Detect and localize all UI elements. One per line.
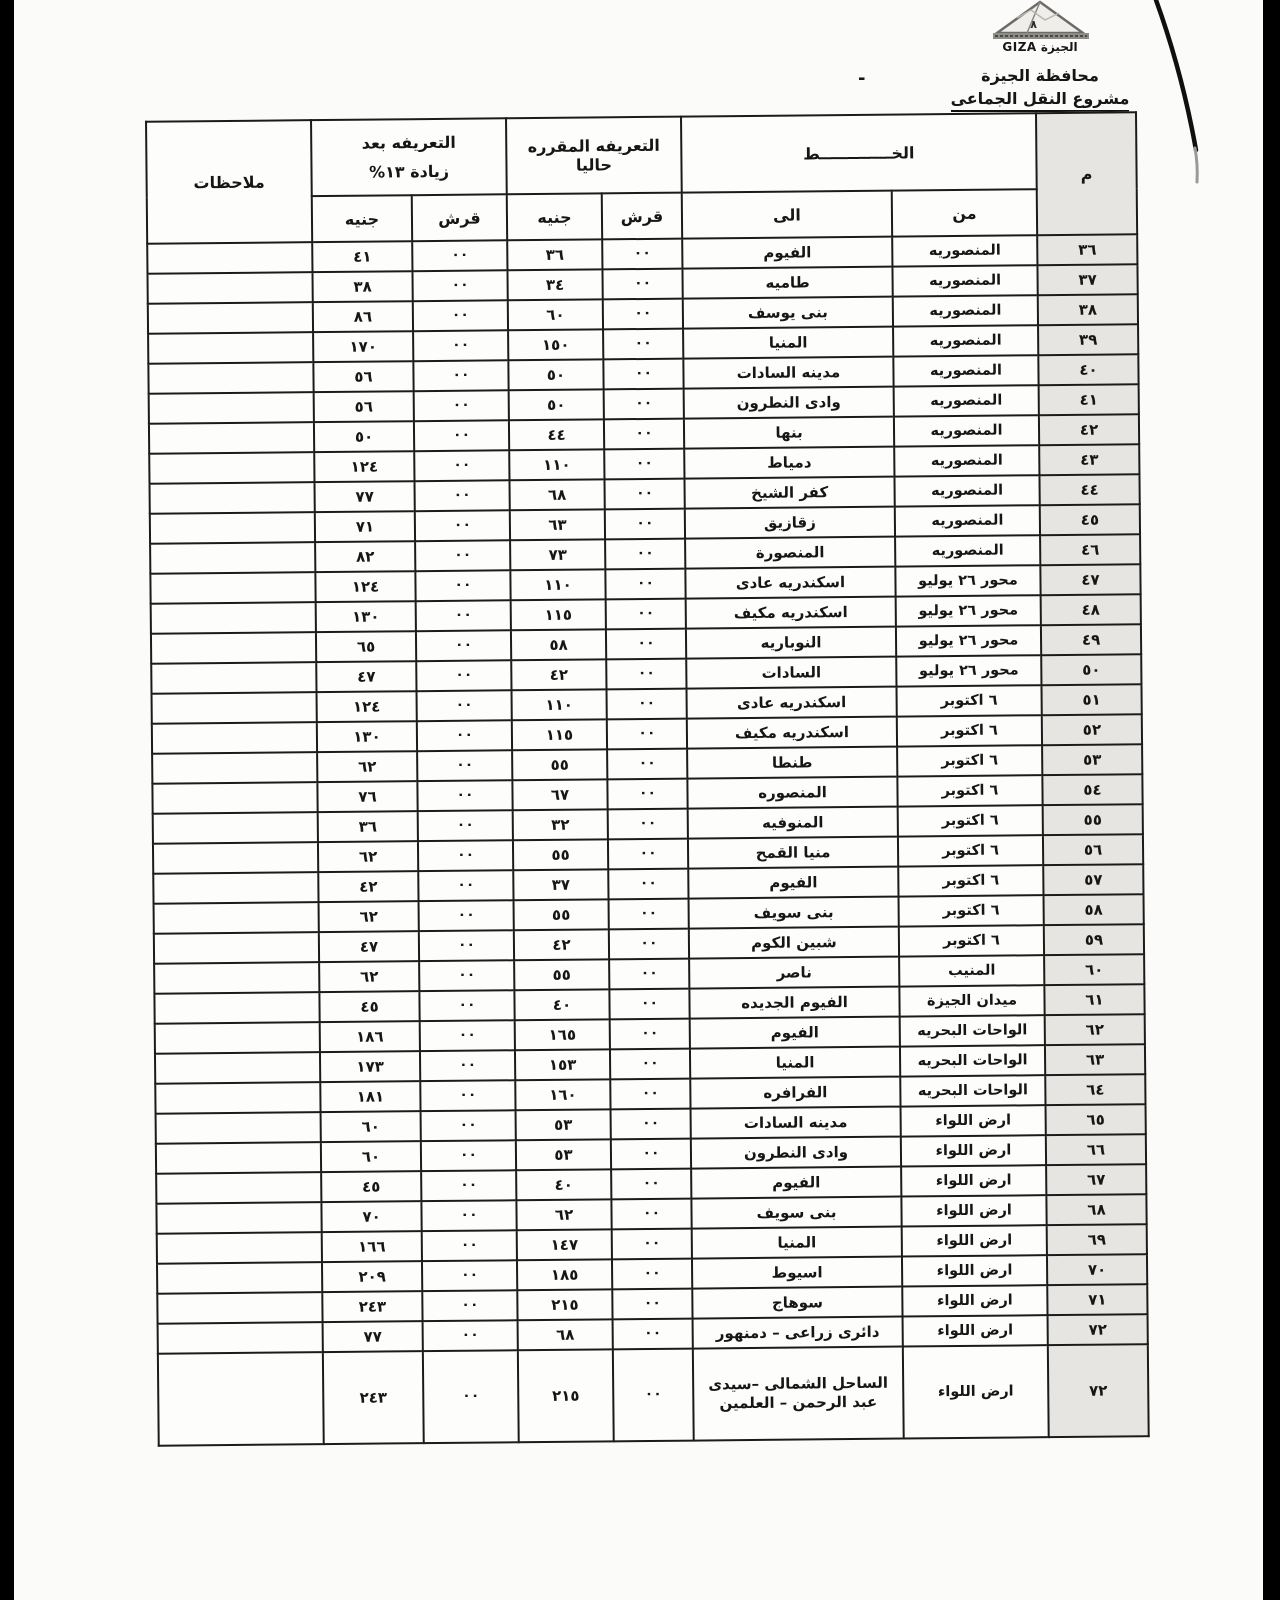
- cell-to: المنيا: [683, 327, 893, 359]
- cell-num: ٤٢: [1039, 414, 1139, 445]
- cell-new-pt: ٠٠: [414, 420, 509, 451]
- cell-new-pt: ٠٠: [421, 1200, 516, 1231]
- cell-cur-pt: ٠٠: [612, 1289, 692, 1320]
- cell-new-lb: ١٢٤: [314, 451, 414, 482]
- cell-cur-pt: ٠٠: [602, 239, 682, 270]
- cell-num: ٥٧: [1043, 864, 1143, 895]
- cell-from: ارض اللواء: [901, 1135, 1046, 1166]
- cell-new-pt: ٠٠: [413, 300, 508, 331]
- cell-num: ٤٤: [1039, 474, 1139, 505]
- cell-notes: [150, 542, 315, 574]
- cell-notes: [157, 1262, 322, 1294]
- cell-num: ٧٢: [1048, 1314, 1148, 1345]
- cell-new-pt: ٠٠: [418, 870, 513, 901]
- cell-to: كفر الشيخ: [684, 477, 894, 509]
- cell-cur-pt: ٠٠: [604, 419, 684, 450]
- cell-from: ٦ اكتوبر: [897, 775, 1042, 806]
- cell-notes: [149, 422, 314, 454]
- scan-edge-right: [1263, 0, 1280, 1600]
- cell-num: ٦٩: [1047, 1224, 1147, 1255]
- page-dash-mark: -: [858, 68, 865, 89]
- scan-edge-left: [0, 0, 14, 1600]
- cell-from: المنصوريه: [892, 235, 1037, 266]
- cell-notes: [152, 692, 317, 724]
- cell-to: اسيوط: [692, 1257, 902, 1289]
- cell-to: زقازيق: [685, 507, 895, 539]
- cell-new-lb: ٤٧: [319, 931, 419, 962]
- cell-cur-pt: ٠٠: [612, 1229, 692, 1260]
- cell-from: المنصوريه: [893, 355, 1038, 386]
- header-increased-line2: زيادة ١٣%: [312, 161, 505, 182]
- page-corner-crease: [1142, 0, 1222, 190]
- cell-new-lb: ١٦٦: [322, 1231, 422, 1262]
- cell-cur-lb: ٦٨: [509, 479, 604, 510]
- cell-from: المنصوريه: [893, 295, 1038, 326]
- cell-from: ٦ اكتوبر: [899, 895, 1044, 926]
- table-row: ٧٢ارض اللواءالساحل الشمالى –سيدى عبد الر…: [158, 1344, 1149, 1445]
- cell-to: بنى سويف: [689, 897, 899, 929]
- cell-cur-lb: ٣٤: [507, 269, 602, 300]
- cell-num: ٦٨: [1046, 1194, 1146, 1225]
- cell-to: النوباريه: [686, 627, 896, 659]
- cell-cur-pt: ٠٠: [602, 269, 682, 300]
- project-title: مشروع النقل الجماعى: [951, 89, 1130, 112]
- cell-new-pt: ٠٠: [414, 450, 509, 481]
- cell-to: اسكندريه مكيف: [687, 717, 897, 749]
- cell-from: ٦ اكتوبر: [898, 865, 1043, 896]
- cell-new-pt: ٠٠: [422, 1290, 517, 1321]
- header-increased-tariff-group: التعريفه بعد زيادة ١٣%: [311, 118, 507, 196]
- cell-notes: [151, 602, 316, 634]
- cell-cur-lb: ٤٢: [514, 929, 609, 960]
- cell-notes: [147, 272, 312, 304]
- cell-to: الفيوم: [682, 237, 892, 269]
- cell-num: ٧٢: [1048, 1344, 1149, 1437]
- cell-new-lb: ١٨٦: [320, 1021, 420, 1052]
- cell-cur-lb: ٥٥: [513, 839, 608, 870]
- cell-notes: [156, 1202, 321, 1234]
- cell-cur-pt: ٠٠: [611, 1199, 691, 1230]
- cell-cur-pt: ٠٠: [605, 509, 685, 540]
- cell-num: ٤٠: [1038, 354, 1138, 385]
- cell-notes: [155, 1022, 320, 1054]
- cell-cur-lb: ٥٠: [508, 359, 603, 390]
- cell-notes: [156, 1112, 321, 1144]
- cell-num: ٦٧: [1046, 1164, 1146, 1195]
- cell-cur-pt: ٠٠: [609, 959, 689, 990]
- cell-from: ارض اللواء: [901, 1195, 1046, 1226]
- cell-to: اسكندريه عادى: [685, 567, 895, 599]
- cell-cur-lb: ٦٢: [516, 1199, 611, 1230]
- cell-new-lb: ٦٢: [318, 841, 418, 872]
- cell-num: ٥١: [1041, 684, 1141, 715]
- cell-num: ٣٦: [1037, 234, 1137, 265]
- cell-new-lb: ٤٧: [316, 661, 416, 692]
- logo-caption: الجيزة GIZA: [950, 40, 1130, 54]
- cell-notes: [154, 902, 319, 934]
- cell-cur-pt: ٠٠: [608, 869, 688, 900]
- subheader-piasters-current: قرش: [602, 193, 682, 240]
- cell-cur-lb: ١٦٠: [515, 1079, 610, 1110]
- cell-to: المنوفيه: [688, 807, 898, 839]
- cell-from: الواحات البحريه: [900, 1075, 1045, 1106]
- cell-new-lb: ٨٦: [313, 301, 413, 332]
- cell-num: ٤٨: [1041, 594, 1141, 625]
- cell-cur-pt: ٠٠: [605, 539, 685, 570]
- cell-new-lb: ١٧٣: [320, 1051, 420, 1082]
- cell-cur-lb: ٥٠: [509, 389, 604, 420]
- cell-new-pt: ٠٠: [421, 1110, 516, 1141]
- cell-notes: [154, 962, 319, 994]
- cell-notes: [156, 1172, 321, 1204]
- cell-notes: [152, 722, 317, 754]
- cell-to: طنطا: [687, 747, 897, 779]
- cell-new-pt: ٠٠: [414, 390, 509, 421]
- cell-from: المنصوريه: [894, 415, 1039, 446]
- cell-notes: [158, 1322, 323, 1354]
- cell-num: ٦٦: [1046, 1134, 1146, 1165]
- cell-new-pt: ٠٠: [420, 1020, 515, 1051]
- cell-cur-lb: ١٨٥: [517, 1259, 612, 1290]
- cell-cur-pt: ٠٠: [609, 989, 689, 1020]
- cell-from: ٦ اكتوبر: [896, 685, 1041, 716]
- cell-num: ٦٢: [1045, 1014, 1145, 1045]
- cell-from: ارض اللواء: [903, 1345, 1049, 1438]
- cell-new-pt: ٠٠: [417, 750, 512, 781]
- cell-new-lb: ١٧٠: [313, 331, 413, 362]
- cell-from: المنصوريه: [895, 535, 1040, 566]
- cell-new-pt: ٠٠: [415, 510, 510, 541]
- cell-new-lb: ٦٠: [321, 1111, 421, 1142]
- cell-num: ٤٦: [1040, 534, 1140, 565]
- cell-cur-pt: ٠٠: [611, 1139, 691, 1170]
- cell-to: ناصر: [689, 957, 899, 989]
- cell-new-pt: ٠٠: [413, 360, 508, 391]
- letterhead: ٨ الجيزة GIZA محافظة الجيزة مشروع النقل …: [950, 0, 1130, 112]
- cell-cur-lb: ٣٦: [507, 239, 602, 270]
- cell-cur-pt: ٠٠: [607, 749, 687, 780]
- cell-cur-pt: ٠٠: [613, 1319, 693, 1350]
- cell-new-pt: ٠٠: [419, 960, 514, 991]
- cell-cur-lb: ١٥٠: [508, 329, 603, 360]
- cell-cur-pt: ٠٠: [604, 479, 684, 510]
- cell-to: الفيوم: [690, 1017, 900, 1049]
- cell-new-pt: ٠٠: [420, 1080, 515, 1111]
- cell-cur-lb: ٣٧: [513, 869, 608, 900]
- cell-to: المنصوره: [687, 777, 897, 809]
- cell-cur-lb: ٤٤: [509, 419, 604, 450]
- cell-num: ٣٧: [1037, 264, 1137, 295]
- cell-to: السادات: [686, 657, 896, 689]
- cell-num: ٥٢: [1042, 714, 1142, 745]
- cell-new-lb: ٦٠: [321, 1141, 421, 1172]
- cell-to: بنى يوسف: [683, 297, 893, 329]
- cell-cur-pt: ٠٠: [606, 629, 686, 660]
- cell-cur-lb: ٥٣: [516, 1139, 611, 1170]
- cell-new-lb: ٥٦: [314, 391, 414, 422]
- cell-new-lb: ٦٢: [317, 751, 417, 782]
- cell-from: المنصوريه: [892, 265, 1037, 296]
- cell-cur-lb: ٥٥: [514, 959, 609, 990]
- cell-notes: [154, 992, 319, 1024]
- header-line-group: الخـــــــــــــط: [681, 113, 1037, 192]
- cell-notes: [155, 1082, 320, 1114]
- cell-num: ٥٦: [1043, 834, 1143, 865]
- cell-new-lb: ٥٠: [314, 421, 414, 452]
- cell-cur-pt: ٠٠: [608, 839, 688, 870]
- cell-from: ارض اللواء: [903, 1315, 1048, 1346]
- cell-to: سوهاج: [692, 1287, 902, 1319]
- cell-notes: [153, 872, 318, 904]
- cell-new-pt: ٠٠: [415, 540, 510, 571]
- cell-cur-lb: ١١٠: [510, 569, 605, 600]
- cell-cur-pt: ٠٠: [610, 1079, 690, 1110]
- cell-new-lb: ٢٤٣: [322, 1291, 422, 1322]
- cell-new-lb: ٤١: [312, 241, 412, 272]
- cell-from: المنصوريه: [894, 385, 1039, 416]
- cell-cur-pt: ٠٠: [609, 929, 689, 960]
- header-increased-line1: التعريفه بعد: [362, 133, 456, 153]
- cell-cur-pt: ٠٠: [613, 1349, 694, 1442]
- cell-cur-lb: ٥٨: [511, 629, 606, 660]
- cell-new-lb: ١٨١: [320, 1081, 420, 1112]
- tariff-table: م الخـــــــــــــط التعريفه المقرره حال…: [145, 111, 1150, 1446]
- cell-new-pt: ٠٠: [420, 1050, 515, 1081]
- cell-new-pt: ٠٠: [419, 990, 514, 1021]
- cell-num: ٥٤: [1042, 774, 1142, 805]
- cell-new-pt: ٠٠: [419, 900, 514, 931]
- cell-cur-pt: ٠٠: [607, 719, 687, 750]
- cell-to: المنيا: [690, 1047, 900, 1079]
- cell-from: محور ٢٦ يوليو: [896, 655, 1041, 686]
- cell-num: ٤٥: [1040, 504, 1140, 535]
- cell-to: المنصورة: [685, 537, 895, 569]
- cell-new-lb: ٧٧: [323, 1321, 423, 1352]
- cell-new-lb: ١٢٤: [315, 571, 415, 602]
- cell-cur-lb: ٦٠: [508, 299, 603, 330]
- cell-to: مدينه السادات: [691, 1107, 901, 1139]
- cell-to: الفيوم الجديده: [689, 987, 899, 1019]
- cell-cur-lb: ٥٣: [516, 1109, 611, 1140]
- cell-cur-lb: ٦٨: [518, 1319, 613, 1350]
- cell-new-lb: ٤٥: [321, 1171, 421, 1202]
- cell-new-lb: ١٢٤: [317, 691, 417, 722]
- cell-from: ٦ اكتوبر: [899, 925, 1044, 956]
- cell-to: شبين الكوم: [689, 927, 899, 959]
- subheader-pounds-new: جنيه: [312, 195, 412, 242]
- cell-from: محور ٢٦ يوليو: [896, 595, 1041, 626]
- governorate-title: محافظة الجيزة: [950, 66, 1130, 85]
- cell-cur-lb: ٤٠: [514, 989, 609, 1020]
- cell-notes: [149, 392, 314, 424]
- cell-new-pt: ٠٠: [422, 1260, 517, 1291]
- cell-notes: [150, 482, 315, 514]
- cell-from: ارض اللواء: [902, 1285, 1047, 1316]
- cell-num: ٣٨: [1038, 294, 1138, 325]
- cell-notes: [148, 302, 313, 334]
- cell-new-lb: ٦٢: [319, 901, 419, 932]
- cell-cur-pt: ٠٠: [603, 299, 683, 330]
- subheader-from: من: [892, 189, 1037, 236]
- cell-cur-pt: ٠٠: [603, 329, 683, 360]
- cell-cur-pt: ٠٠: [607, 689, 687, 720]
- cell-cur-lb: ٢١٥: [517, 1289, 612, 1320]
- cell-num: ٥٥: [1043, 804, 1143, 835]
- giza-pyramids-logo-icon: ٨: [981, 0, 1099, 42]
- cell-to: منيا القمح: [688, 837, 898, 869]
- cell-to: وادى النطرون: [691, 1137, 901, 1169]
- header-num: م: [1036, 112, 1137, 235]
- cell-from: الواحات البحريه: [900, 1045, 1045, 1076]
- cell-from: ارض اللواء: [902, 1225, 1047, 1256]
- cell-new-lb: ٣٦: [318, 811, 418, 842]
- cell-cur-lb: ٧٣: [510, 539, 605, 570]
- cell-cur-lb: ١٤٧: [517, 1229, 612, 1260]
- cell-num: ٦٥: [1046, 1104, 1146, 1135]
- cell-cur-pt: ٠٠: [612, 1259, 692, 1290]
- cell-cur-pt: ٠٠: [604, 449, 684, 480]
- cell-to: دائرى زراعى – دمنهور: [693, 1317, 903, 1349]
- cell-cur-pt: ٠٠: [607, 779, 687, 810]
- cell-num: ٧٠: [1047, 1254, 1147, 1285]
- cell-from: ٦ اكتوبر: [897, 715, 1042, 746]
- cell-from: الواحات البحريه: [900, 1015, 1045, 1046]
- cell-notes: [153, 812, 318, 844]
- cell-cur-pt: ٠٠: [610, 1049, 690, 1080]
- cell-new-pt: ٠٠: [417, 690, 512, 721]
- cell-from: ارض اللواء: [902, 1255, 1047, 1286]
- cell-cur-pt: ٠٠: [604, 389, 684, 420]
- cell-cur-pt: ٠٠: [603, 359, 683, 390]
- cell-cur-lb: ١١٠: [512, 689, 607, 720]
- cell-cur-pt: ٠٠: [608, 809, 688, 840]
- cell-num: ٤٧: [1040, 564, 1140, 595]
- cell-cur-pt: ٠٠: [611, 1109, 691, 1140]
- cell-to: المنيا: [692, 1227, 902, 1259]
- cell-new-pt: ٠٠: [415, 570, 510, 601]
- subheader-pounds-current: جنيه: [507, 193, 602, 240]
- cell-new-lb: ٢٤٣: [323, 1351, 424, 1444]
- cell-cur-pt: ٠٠: [606, 659, 686, 690]
- cell-new-lb: ٢٠٩: [322, 1261, 422, 1292]
- cell-new-lb: ٤٢: [318, 871, 418, 902]
- cell-to: دمياط: [684, 447, 894, 479]
- cell-cur-lb: ١٥٣: [515, 1049, 610, 1080]
- cell-from: ٦ اكتوبر: [898, 805, 1043, 836]
- cell-from: محور ٢٦ يوليو: [896, 625, 1041, 656]
- cell-cur-lb: ١٦٥: [515, 1019, 610, 1050]
- cell-from: المنصوريه: [895, 505, 1040, 536]
- cell-from: ارض اللواء: [901, 1165, 1046, 1196]
- cell-num: ٤٩: [1041, 624, 1141, 655]
- cell-new-lb: ٧١: [315, 511, 415, 542]
- cell-new-pt: ٠٠: [416, 630, 511, 661]
- table-body: ٣٦المنصوريهالفيوم٠٠٣٦٠٠٤١٣٧المنصوريهطامي…: [147, 234, 1148, 1445]
- cell-notes: [157, 1292, 322, 1324]
- cell-num: ٤٣: [1039, 444, 1139, 475]
- cell-from: ارض اللواء: [901, 1105, 1046, 1136]
- cell-to: طاميه: [682, 267, 892, 299]
- cell-to: الفيوم: [688, 867, 898, 899]
- cell-notes: [152, 782, 317, 814]
- cell-notes: [148, 332, 313, 364]
- cell-from: المنصوريه: [893, 325, 1038, 356]
- subheader-piasters-new: قرش: [412, 194, 507, 241]
- tariff-table-wrap: م الخـــــــــــــط التعريفه المقرره حال…: [145, 111, 1150, 1446]
- cell-new-pt: ٠٠: [416, 600, 511, 631]
- cell-new-lb: ١٣٠: [316, 601, 416, 632]
- cell-cur-lb: ٢١٥: [518, 1349, 614, 1442]
- cell-cur-lb: ٦٣: [510, 509, 605, 540]
- cell-to: اسكندريه مكيف: [686, 597, 896, 629]
- cell-to: بنى سويف: [691, 1197, 901, 1229]
- cell-notes: [150, 572, 315, 604]
- cell-num: ٥٠: [1041, 654, 1141, 685]
- cell-new-lb: ٨٢: [315, 541, 415, 572]
- cell-cur-lb: ٤٢: [511, 659, 606, 690]
- cell-cur-lb: ١١٠: [509, 449, 604, 480]
- cell-new-pt: ٠٠: [422, 1230, 517, 1261]
- cell-num: ٤١: [1039, 384, 1139, 415]
- scanned-document-page: { "page": { "top_dash": "-", "logo": { "…: [0, 0, 1280, 1600]
- cell-new-pt: ٠٠: [414, 480, 509, 511]
- cell-num: ٥٨: [1043, 894, 1143, 925]
- cell-from: ٦ اكتوبر: [898, 835, 1043, 866]
- cell-new-pt: ٠٠: [413, 330, 508, 361]
- cell-num: ٣٩: [1038, 324, 1138, 355]
- cell-to: مدينه السادات: [683, 357, 893, 389]
- header-current-tariff-group: التعريفه المقرره حاليا: [506, 117, 682, 195]
- cell-notes: [153, 842, 318, 874]
- cell-cur-lb: ٣٢: [513, 809, 608, 840]
- cell-to: وادى النطرون: [684, 387, 894, 419]
- cell-from: ميدان الجيزة: [899, 985, 1044, 1016]
- cell-notes: [148, 362, 313, 394]
- cell-new-lb: ٧٠: [321, 1201, 421, 1232]
- cell-new-lb: ٣٨: [312, 271, 412, 302]
- cell-notes: [154, 932, 319, 964]
- cell-new-lb: ٦٢: [319, 961, 419, 992]
- cell-new-lb: ٥٦: [313, 361, 413, 392]
- cell-from: المنصوريه: [894, 445, 1039, 476]
- cell-num: ٦٤: [1045, 1074, 1145, 1105]
- cell-notes: [149, 452, 314, 484]
- header-notes: ملاحظات: [146, 120, 312, 244]
- cell-cur-pt: ٠٠: [605, 569, 685, 600]
- cell-notes: [151, 662, 316, 694]
- cell-new-pt: ٠٠: [412, 270, 507, 301]
- cell-to: الساحل الشمالى –سيدى عبد الرحمن – العلمي…: [693, 1347, 904, 1441]
- cell-new-pt: ٠٠: [421, 1170, 516, 1201]
- cell-to: الفرافره: [690, 1077, 900, 1109]
- cell-notes: [155, 1052, 320, 1084]
- cell-new-pt: ٠٠: [412, 240, 507, 271]
- cell-notes: [152, 752, 317, 784]
- cell-new-pt: ٠٠: [417, 780, 512, 811]
- cell-num: ٧١: [1047, 1284, 1147, 1315]
- cell-to: الفيوم: [691, 1167, 901, 1199]
- cell-num: ٥٩: [1044, 924, 1144, 955]
- cell-num: ٦١: [1044, 984, 1144, 1015]
- cell-new-lb: ٧٦: [317, 781, 417, 812]
- subheader-to: الى: [682, 191, 892, 239]
- cell-notes: [157, 1232, 322, 1264]
- cell-new-pt: ٠٠: [418, 810, 513, 841]
- cell-cur-pt: ٠٠: [610, 1019, 690, 1050]
- cell-notes: [156, 1142, 321, 1174]
- cell-cur-lb: ٥٥: [514, 899, 609, 930]
- svg-text:٨: ٨: [1030, 18, 1037, 31]
